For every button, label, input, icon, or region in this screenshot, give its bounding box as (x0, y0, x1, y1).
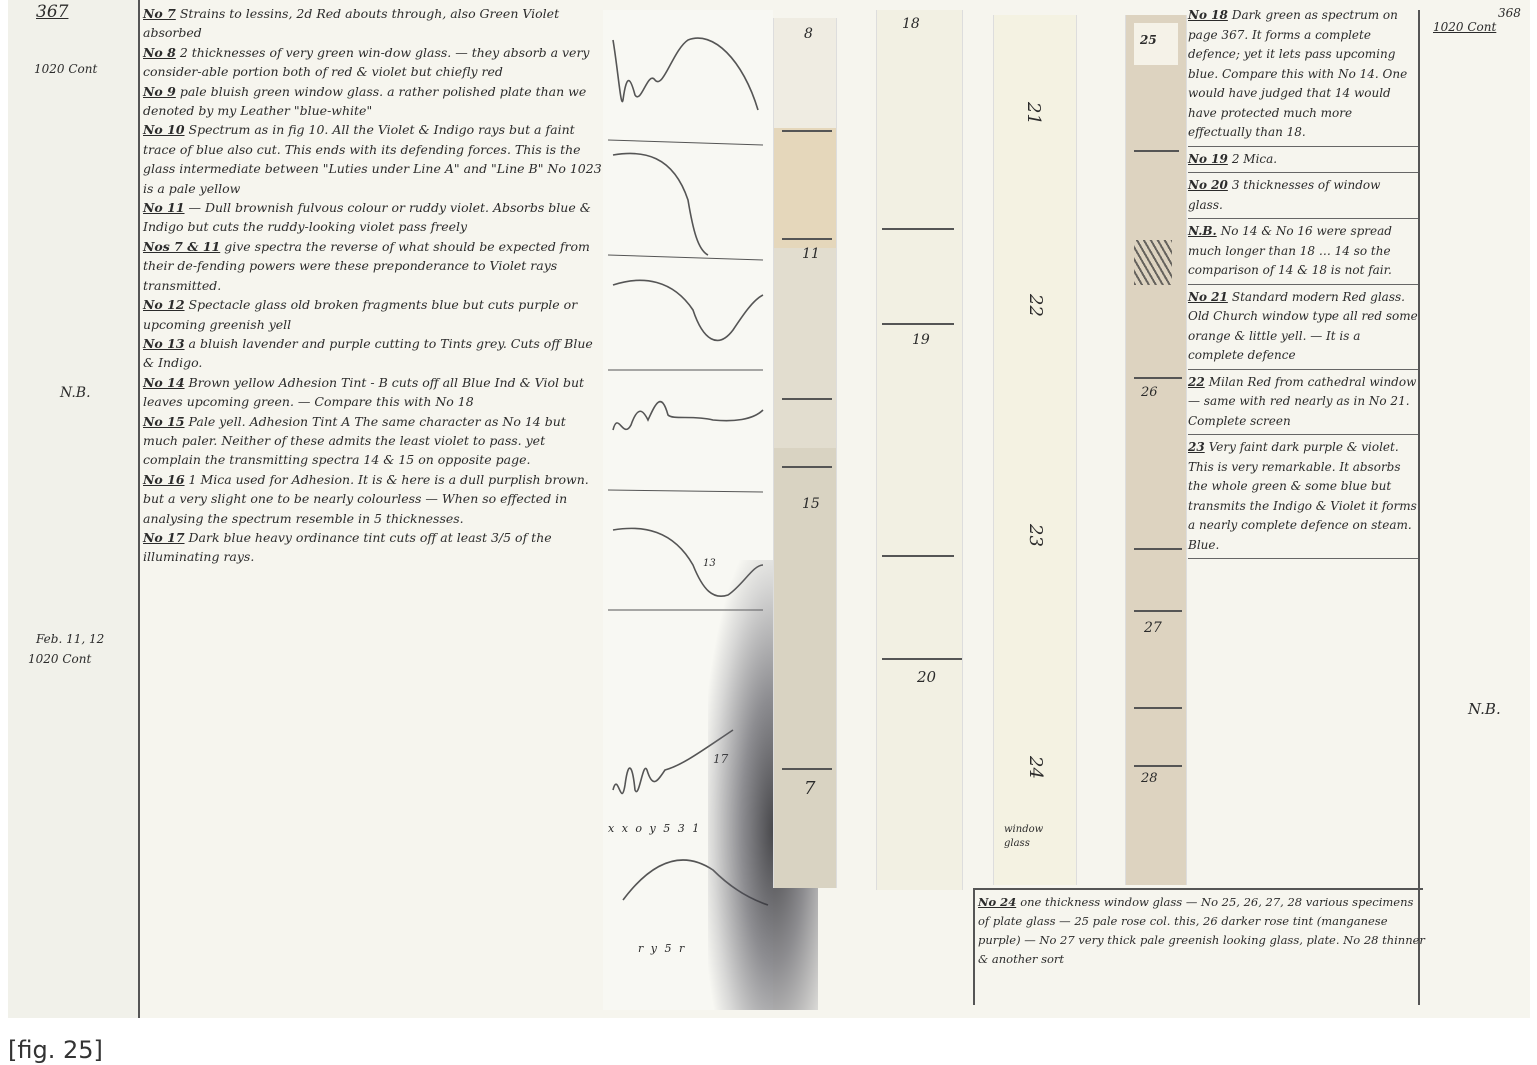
bottom-note: No 24one thickness window glass — No 25,… (978, 893, 1428, 969)
strip-label: 7 (804, 778, 815, 799)
entry-22: 22Milan Red from cathedral window — same… (1188, 373, 1418, 436)
strip-label: 19 (912, 332, 930, 348)
margin-note: N.B. (60, 385, 91, 401)
scale-marks: x x o y 5 3 1 (608, 822, 701, 835)
entry-19: No 192 Mica. (1188, 150, 1418, 174)
strip-label: 25 (1140, 33, 1157, 47)
strip-label: 27 (1144, 620, 1162, 636)
glass-strip-a: 8 11 15 7 (773, 18, 837, 888)
strip-label: 8 (804, 26, 813, 42)
entry-16: No 161 Mica used for Adhesion. It is & h… (143, 470, 603, 528)
entry-11: No 11— Dull brownish fulvous colour or r… (143, 198, 603, 237)
glass-strip-c: 21 22 23 24 window glass (993, 15, 1077, 885)
strip-label: 28 (1141, 771, 1158, 786)
margin-note: 1020 Cont (28, 652, 91, 666)
left-margin: 367 1020 Cont N.B. Feb. 11, 12 1020 Cont (8, 0, 138, 1018)
notebook-scan: 367 1020 Cont N.B. Feb. 11, 12 1020 Cont… (8, 0, 1530, 1018)
entry-21: No 21Standard modern Red glass. Old Chur… (1188, 288, 1418, 370)
strip-label: 26 (1141, 385, 1158, 400)
margin-note: 1020 Cont (34, 62, 97, 76)
strip-label: 11 (802, 246, 820, 262)
right-margin-rule (1418, 10, 1420, 1005)
figure-caption: [fig. 25] (8, 1036, 103, 1064)
entry-23: 23Very faint dark purple & violet. This … (1188, 438, 1418, 559)
entry-7: No 7Strains to lessins, 2d Red abouts th… (143, 4, 603, 43)
entry-20: No 203 thicknesses of window glass. (1188, 176, 1418, 219)
strip-footnote: window glass (1004, 823, 1064, 851)
bottom-note-text: one thickness window glass — No 25, 26, … (978, 895, 1425, 966)
scale-marks-bottom: r y 5 r (638, 942, 686, 955)
strip-label: 18 (902, 16, 920, 32)
margin-note: 1020 Cont (1433, 20, 1496, 34)
margin-note: Feb. 11, 12 (36, 632, 104, 646)
entry-nb: N.B.No 14 & No 16 were spread much longe… (1188, 222, 1418, 285)
strip-label: 21 (1023, 102, 1044, 125)
glass-strip-d: 25 26 27 28 (1125, 15, 1187, 885)
entry-8: No 82 thicknesses of very green win-dow … (143, 43, 603, 82)
strip-label: 15 (802, 496, 820, 512)
strip-label: 24 (1025, 756, 1046, 779)
glass-strip-b: 18 19 20 (876, 10, 963, 890)
entry-9: No 9pale bluish green window glass. a ra… (143, 82, 603, 121)
strip-label: 22 (1025, 294, 1046, 317)
margin-note: N.B. (1468, 700, 1501, 718)
entry-10: No 10Spectrum as in fig 10. All the Viol… (143, 120, 603, 198)
right-page-number: 368 (1498, 6, 1521, 20)
crosshatch-mark (1134, 240, 1172, 285)
entry-15: No 15Pale yell. Adhesion Tint A The same… (143, 412, 603, 470)
entry-14: No 14Brown yellow Adhesion Tint - B cuts… (143, 373, 603, 412)
strip-label: 20 (917, 668, 936, 686)
entry-7-11: Nos 7 & 11give spectra the reverse of wh… (143, 237, 603, 295)
entry-13: No 13a bluish lavender and purple cuttin… (143, 334, 603, 373)
right-text-column: No 18Dark green as spectrum on page 367.… (1188, 6, 1418, 562)
entry-17: No 17Dark blue heavy ordinance tint cuts… (143, 528, 603, 567)
entry-12: No 12Spectacle glass old broken fragment… (143, 295, 603, 334)
entry-18: No 18Dark green as spectrum on page 367.… (1188, 6, 1418, 147)
margin-rule (138, 0, 140, 1018)
bottom-note-number: No 24 (978, 895, 1016, 909)
left-text-column: No 7Strains to lessins, 2d Red abouts th… (143, 4, 603, 567)
strip-label: 23 (1025, 524, 1046, 547)
left-page-number: 367 (36, 2, 68, 22)
